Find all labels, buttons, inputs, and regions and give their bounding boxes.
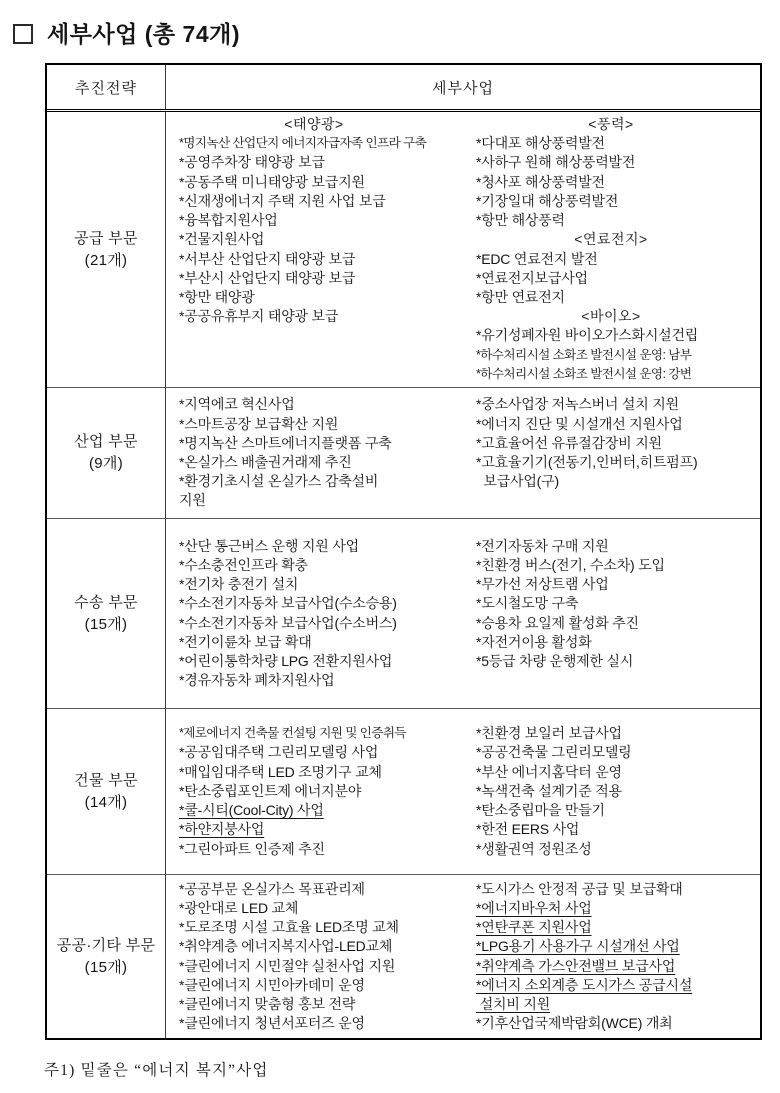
row-projects: *산단 통근버스 운행 지원 사업*수소충전인프라 확충*전기차 충전기 설치*… [166,519,760,708]
project-item: *매입임대주택 LED 조명기구 교체 [179,763,459,782]
project-item: *전기자동차 구매 지원 [476,537,756,556]
sector-count: (15개) [85,957,128,979]
page-title: 세부사업 (총 74개) [13,16,240,49]
project-item: *도시철도망 구축 [476,594,756,613]
table-row: 공급 부문(21개)<태양광>*명지녹산 산업단지 에너지자급자족 인프라 구축… [47,112,760,387]
project-item: *클린에너지 맞춤형 홍보 전략 [179,995,459,1014]
project-item: *항만 해상풍력 [476,211,756,230]
project-item: *생활권역 정원조성 [476,840,756,859]
sector-count: (14개) [85,792,128,814]
project-item: *연탄쿠폰 지원사업 [476,918,756,937]
header-strategy-column: 추진전략 [47,65,166,109]
project-item: *쿨-시티(Cool-City) 사업 [179,801,459,820]
row-sector-label: 건물 부문(14개) [47,709,166,874]
project-item: *에너지 진단 및 시설개선 지원사업 [476,415,756,434]
project-item: *탄소중립마을 만들기 [476,801,756,820]
projects-column-right: *중소사업장 저녹스버너 설치 지원*에너지 진단 및 시설개선 지원사업*고효… [463,393,760,512]
project-item: *수소전기자동차 보급사업(수소버스) [179,614,459,633]
table-row: 수송 부문(15개)*산단 통근버스 운행 지원 사업*수소충전인프라 확충*전… [47,518,760,708]
row-sector-label: 공공·기타 부문(15개) [47,875,166,1038]
row-projects: *제로에너지 건축물 컨설팅 지원 및 인증취득*공공임대주택 그린리모델링 사… [166,709,760,874]
projects-column-left: *공공부문 온실가스 목표관리제*광안대로 LED 교체*도로조명 시설 고효율… [166,878,463,1036]
project-item: *탄소중립포인트제 에너지분야 [179,782,459,801]
projects-column-left: <태양광>*명지녹산 산업단지 에너지자급자족 인프라 구축*공영주차장 태양광… [166,113,463,386]
sector-name: 산업 부문 [74,431,138,453]
project-item: *취약계층 에너지복지사업-LED교체 [179,937,459,956]
project-item: *하수처리시설 소화조 발전시설 운영: 남부 [476,346,756,365]
page-title-text: 세부사업 (총 74개) [47,16,240,49]
project-item: *공공부문 온실가스 목표관리제 [179,880,459,899]
project-item: *건물지원사업 [179,230,459,249]
project-item: *취약계측 가스안전밸브 보급사업 [476,957,756,976]
project-item: *친환경 보일러 보급사업 [476,724,756,743]
project-item: *다대포 해상풍력발전 [476,134,756,153]
project-item: *공공임대주택 그린리모델링 사업 [179,743,459,762]
project-item: *EDC 연료전지 발전 [476,250,756,269]
header-projects-column: 세부사업 [166,65,760,109]
project-item: *그린아파트 인증제 추진 [179,840,459,859]
sector-name: 수송 부문 [74,592,138,614]
project-item: *중소사업장 저녹스버너 설치 지원 [476,395,756,414]
project-item: *서부산 산업단지 태양광 보급 [179,250,459,269]
project-item: *청사포 해상풍력발전 [476,173,756,192]
project-item: *어린이통학차량 LPG 전환지원사업 [179,652,459,671]
projects-column-left: *제로에너지 건축물 컨설팅 지원 및 인증취득*공공임대주택 그린리모델링 사… [166,722,463,860]
square-bullet-icon [13,24,33,44]
sector-name: 공급 부문 [74,228,138,250]
project-item: *공공유휴부지 태양광 보급 [179,307,459,326]
project-item: *전기차 충전기 설치 [179,575,459,594]
sector-name: 건물 부문 [74,770,138,792]
project-item: *수소충전인프라 확충 [179,556,459,575]
project-item: *융복합지원사업 [179,211,459,230]
project-item: *광안대로 LED 교체 [179,899,459,918]
project-item: *전기이륜차 보급 확대 [179,633,459,652]
project-item: *공영주차장 태양광 보급 [179,153,459,172]
table-row: 건물 부문(14개)*제로에너지 건축물 컨설팅 지원 및 인증취득*공공임대주… [47,708,760,874]
project-item: *유기성폐자원 바이오가스화시설건립 [476,326,756,345]
project-item: *지역에코 혁신사업 [179,395,459,414]
project-item: *환경기초시설 온실가스 감축설비 지원 [179,472,459,510]
category-header: <태양광> [179,115,459,134]
projects-columns: *산단 통근버스 운행 지원 사업*수소충전인프라 확충*전기차 충전기 설치*… [166,535,760,693]
category-header: <풍력> [476,115,756,134]
sector-count: (9개) [89,453,123,475]
project-item: *에너지바우처 사업 [476,899,756,918]
project-item: *도로조명 시설 고효율 LED조명 교체 [179,918,459,937]
table-row: 공공·기타 부문(15개)*공공부문 온실가스 목표관리제*광안대로 LED 교… [47,874,760,1038]
table-row: 산업 부문(9개)*지역에코 혁신사업*스마트공장 보급확산 지원*명지녹산 스… [47,387,760,518]
project-item: *스마트공장 보급확산 지원 [179,415,459,434]
project-item: *LPG용기 사용가구 시설개선 사업 [476,937,756,956]
project-item: *클린에너지 시민아카데미 운영 [179,976,459,995]
project-item: *도시가스 안정적 공급 및 보급확대 [476,880,756,899]
project-item: *클린에너지 시민절약 실천사업 지원 [179,957,459,976]
project-item: *친환경 버스(전기, 수소차) 도입 [476,556,756,575]
sector-count: (15개) [85,614,128,636]
project-item: *녹색건축 설계기준 적용 [476,782,756,801]
table-header-row: 추진전략 세부사업 [47,65,760,112]
category-header: <연료전지> [476,230,756,249]
project-item: *명지녹산 산업단지 에너지자급자족 인프라 구축 [179,134,459,153]
project-item: *기후산업국제박람회(WCE) 개최 [476,1014,756,1033]
row-projects: <태양광>*명지녹산 산업단지 에너지자급자족 인프라 구축*공영주차장 태양광… [166,112,760,387]
projects-table: 추진전략 세부사업 공급 부문(21개)<태양광>*명지녹산 산업단지 에너지자… [45,63,762,1040]
project-item: *5등급 차량 운행제한 실시 [476,652,756,671]
projects-columns: *제로에너지 건축물 컨설팅 지원 및 인증취득*공공임대주택 그린리모델링 사… [166,722,760,860]
project-item: *자전거이용 활성화 [476,633,756,652]
project-item: *제로에너지 건축물 컨설팅 지원 및 인증취득 [179,724,459,743]
project-item: *승용차 요일제 활성화 추진 [476,614,756,633]
projects-column-left: *지역에코 혁신사업*스마트공장 보급확산 지원*명지녹산 스마트에너지플랫폼 … [166,393,463,512]
project-item: *사하구 원해 해상풍력발전 [476,153,756,172]
project-item: *항만 연료전지 [476,288,756,307]
project-item: *에너지 소외계층 도시가스 공급시설 설치비 지원 [476,976,756,1014]
projects-columns: <태양광>*명지녹산 산업단지 에너지자급자족 인프라 구축*공영주차장 태양광… [166,113,760,386]
row-sector-label: 산업 부문(9개) [47,388,166,518]
project-item: *명지녹산 스마트에너지플랫폼 구축 [179,434,459,453]
document-page: 세부사업 (총 74개) 추진전략 세부사업 공급 부문(21개)<태양광>*명… [0,0,780,1093]
project-item: *고효율어선 유류절감장비 지원 [476,434,756,453]
projects-columns: *공공부문 온실가스 목표관리제*광안대로 LED 교체*도로조명 시설 고효율… [166,878,760,1036]
project-item: *무가선 저상트램 사업 [476,575,756,594]
project-item: *부산시 산업단지 태양광 보급 [179,269,459,288]
project-item: *고효율기기(전동기,인버터,히트펌프) 보급사업(구) [476,453,756,491]
projects-column-right: *친환경 보일러 보급사업*공공건축물 그린리모델링*부산 에너지홈닥터 운영*… [463,722,760,860]
sector-name: 공공·기타 부문 [57,935,156,957]
project-item: *공동주택 미니태양광 보급지원 [179,173,459,192]
project-item: *하얀지붕사업 [179,820,459,839]
project-item: *기장일대 해상풍력발전 [476,192,756,211]
project-item: *부산 에너지홈닥터 운영 [476,763,756,782]
projects-column-right: *도시가스 안정적 공급 및 보급확대*에너지바우처 사업*연탄쿠폰 지원사업*… [463,878,760,1036]
row-projects: *지역에코 혁신사업*스마트공장 보급확산 지원*명지녹산 스마트에너지플랫폼 … [166,388,760,518]
project-item: *수소전기자동차 보급사업(수소승용) [179,594,459,613]
project-item: *항만 태양광 [179,288,459,307]
project-item: *온실가스 배출권거래제 추진 [179,453,459,472]
row-sector-label: 공급 부문(21개) [47,112,166,387]
project-item: *한전 EERS 사업 [476,820,756,839]
category-header: <바이오> [476,307,756,326]
projects-column-right: <풍력>*다대포 해상풍력발전*사하구 원해 해상풍력발전*청사포 해상풍력발전… [463,113,760,386]
projects-columns: *지역에코 혁신사업*스마트공장 보급확산 지원*명지녹산 스마트에너지플랫폼 … [166,393,760,512]
footnote: 주1) 밑줄은 “에너지 복지”사업 [44,1058,269,1080]
project-item: *산단 통근버스 운행 지원 사업 [179,537,459,556]
project-item: *연료전지보급사업 [476,269,756,288]
project-item: *하수처리시설 소화조 발전시설 운영: 강변 [476,365,756,384]
projects-column-right: *전기자동차 구매 지원*친환경 버스(전기, 수소차) 도입*무가선 저상트램… [463,535,760,693]
row-sector-label: 수송 부문(15개) [47,519,166,708]
project-item: *경유자동차 폐차지원사업 [179,671,459,690]
sector-count: (21개) [85,250,128,272]
row-projects: *공공부문 온실가스 목표관리제*광안대로 LED 교체*도로조명 시설 고효율… [166,875,760,1038]
project-item: *공공건축물 그린리모델링 [476,743,756,762]
project-item: *신재생에너지 주택 지원 사업 보급 [179,192,459,211]
projects-column-left: *산단 통근버스 운행 지원 사업*수소충전인프라 확충*전기차 충전기 설치*… [166,535,463,693]
project-item: *클린에너지 청년서포터즈 운영 [179,1014,459,1033]
